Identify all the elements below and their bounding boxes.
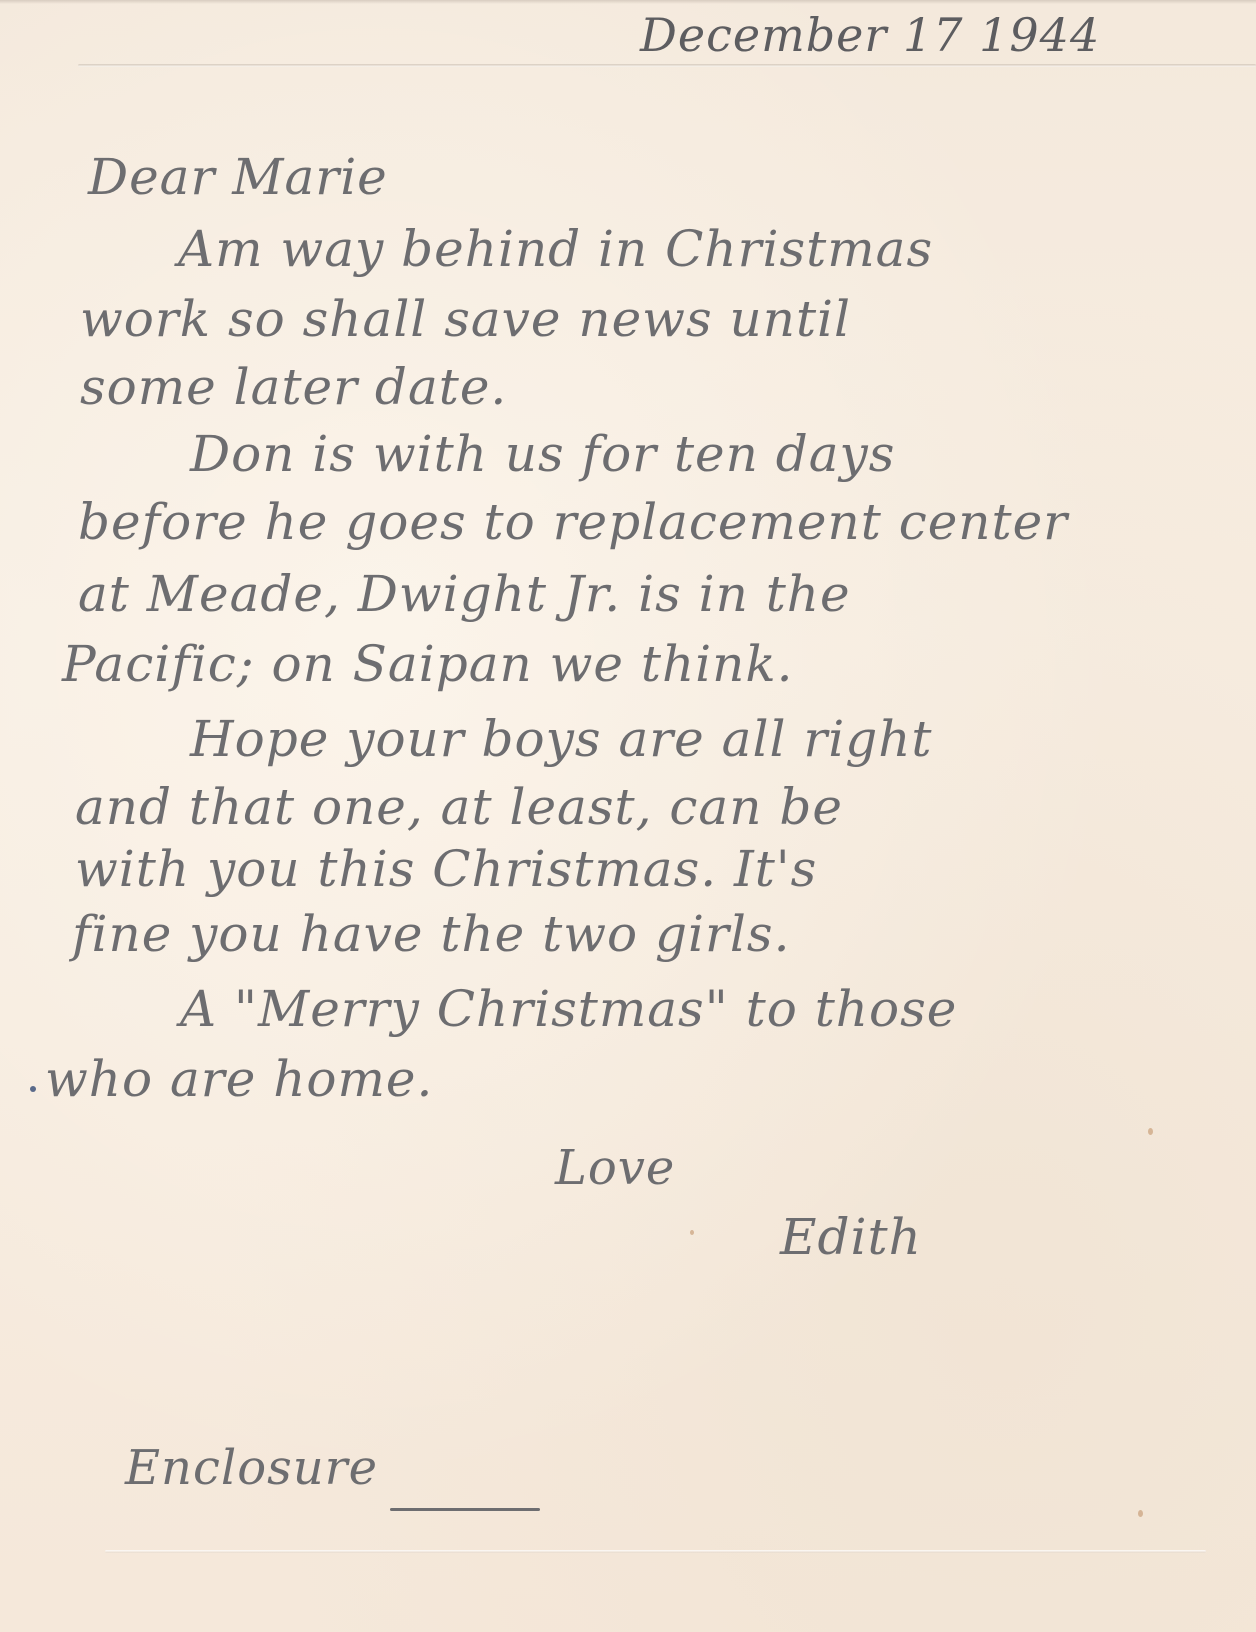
- ink-blot: [30, 1086, 36, 1092]
- enclosure-note: Enclosure: [125, 1440, 378, 1496]
- embossed-border-top: [78, 64, 1256, 67]
- body-line: before he goes to replacement center: [78, 493, 1068, 551]
- signature: Edith: [780, 1208, 922, 1266]
- enclosure-flourish: [390, 1508, 540, 1511]
- paper-stain: [1138, 1510, 1143, 1517]
- body-line: Hope your boys are all right: [190, 710, 933, 768]
- embossed-border-bottom: [105, 1550, 1206, 1553]
- body-line: at Meade, Dwight Jr. is in the: [78, 565, 851, 623]
- body-line: work so shall save news until: [80, 290, 851, 348]
- body-line: fine you have the two girls.: [72, 905, 790, 963]
- paper-stain: [690, 1230, 694, 1235]
- salutation: Dear Marie: [88, 148, 388, 206]
- paper-stain: [1148, 1128, 1153, 1135]
- body-line: with you this Christmas. It's: [75, 840, 817, 898]
- body-line: and that one, at least, can be: [75, 778, 843, 836]
- body-line: Am way behind in Christmas: [178, 220, 933, 278]
- body-line: Don is with us for ten days: [190, 425, 895, 483]
- body-line: some later date.: [80, 358, 507, 416]
- letter-date: December 17 1944: [640, 8, 1100, 62]
- body-line: who are home.: [45, 1050, 433, 1108]
- closing: Love: [555, 1140, 675, 1196]
- body-line: A "Merry Christmas" to those: [180, 980, 957, 1038]
- paper-top-edge: [0, 0, 1256, 4]
- body-line: Pacific; on Saipan we think.: [62, 635, 794, 693]
